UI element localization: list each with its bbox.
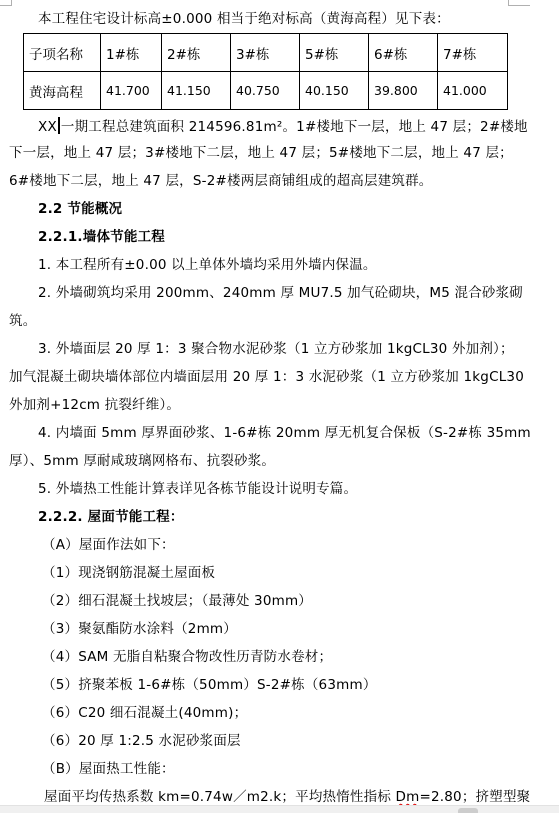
roof-layer-item: （6）C20 细石混凝土(40mm)；: [42, 704, 247, 722]
table-cell: 3#栋: [231, 34, 300, 72]
text-cursor: [58, 117, 60, 134]
elevation-table: 子项名称 1#栋 2#栋 3#栋 5#栋 6#栋 7#栋 黄海高程 41.700…: [23, 33, 508, 110]
table-cell: 41.150: [162, 72, 231, 110]
roof-layer-item: （4）SAM 无脂自粘聚合物改性历青防水卷材；: [42, 648, 332, 666]
overview-text: 一期工程总建筑面积 214596.81m²。1#楼地下一层，地上 47 层；2#…: [61, 119, 528, 135]
roof-thermal-heading: （B）屋面热工性能：: [42, 760, 175, 778]
roof-layer-item: （1）现浇钢筋混凝土屋面板: [42, 564, 215, 582]
intro-paragraph: 本工程住宅设计标高±0.000 相当于绝对标高（黄海高程）见下表：: [38, 10, 450, 28]
project-name-placeholder: XX: [38, 119, 57, 135]
table-cell: 子项名称: [24, 34, 101, 72]
wall-item-4-line-1: 4. 内墙面 5mm 厚界面砂浆、1-6#栋 20mm 厚无机复合保板（S-2#…: [38, 424, 531, 442]
table-cell: 39.800: [369, 72, 438, 110]
overview-paragraph-line-2: 下一层，地上 47 层；3#楼地下二层，地上 47 层；5#楼地下二层，地上 4…: [9, 144, 513, 162]
roof-thermal-text-end: =2.80；挤塑型聚: [419, 789, 530, 805]
wall-item-1: 1. 本工程所有±0.00 以上单体外墙均采用外墙内保温。: [38, 256, 377, 274]
roof-layer-item: （5）挤聚苯板 1-6#栋（50mm）S-2#栋（63mm）: [42, 676, 377, 694]
page-corner-mark-right: [508, 0, 530, 6]
roof-layer-item: （6）20 厚 1:2.5 水泥砂浆面层: [42, 732, 241, 750]
section-heading-2-2-2: 2.2.2. 屋面节能工程：: [38, 508, 184, 526]
table-cell: 40.750: [231, 72, 300, 110]
table-header-row: 子项名称 1#栋 2#栋 3#栋 5#栋 6#栋 7#栋: [24, 34, 508, 72]
roof-thermal-text-start: 屋面平均传热系数 km=0.74w／m2.k；平均热惰性指标: [44, 789, 396, 805]
table-cell: 黄海高程: [24, 72, 101, 110]
spelling-flag[interactable]: Dm: [396, 789, 420, 805]
wall-item-2-line-1: 2. 外墙砌筑均采用 200mm、240mm 厚 MU7.5 加气砼砌块，M5 …: [38, 284, 523, 302]
roof-thermal-text: 屋面平均传热系数 km=0.74w／m2.k；平均热惰性指标 Dm=2.80；挤…: [44, 788, 530, 806]
wall-item-3-line-3: 外加剂+12cm 抗裂纤维）。: [9, 396, 180, 414]
wall-item-3-line-1: 3. 外墙面层 20 厚 1：3 聚合物水泥砂浆（1 立方砂浆加 1kgCL30…: [38, 340, 514, 358]
table-cell: 40.150: [300, 72, 369, 110]
table-cell: 7#栋: [438, 34, 508, 72]
section-heading-2-2-1: 2.2.1.墙体节能工程: [38, 228, 165, 246]
overview-paragraph-line-1: XX一期工程总建筑面积 214596.81m²。1#楼地下一层，地上 47 层；…: [38, 117, 528, 136]
scrollbar-thumb[interactable]: [458, 808, 478, 813]
roof-method-heading: （A）屋面作法如下：: [42, 536, 175, 554]
horizontal-scrollbar[interactable]: [0, 805, 559, 813]
table-cell: 1#栋: [101, 34, 162, 72]
page-corner-mark-left: [0, 0, 12, 6]
roof-layer-item: （3）聚氨酯防水涂料（2mm）: [42, 620, 237, 638]
wall-item-4-line-2: 厚）、5mm 厚耐咸玻璃网格布、抗裂砂浆。: [9, 452, 275, 470]
table-cell: 41.700: [101, 72, 162, 110]
roof-layer-item: （2）细石混凝土找坡层；（最薄处 30mm）: [42, 592, 312, 610]
table-cell: 6#栋: [369, 34, 438, 72]
wall-item-2-line-2: 筑。: [9, 312, 36, 330]
table-row: 黄海高程 41.700 41.150 40.750 40.150 39.800 …: [24, 72, 508, 110]
section-heading-2-2: 2.2 节能概况: [38, 200, 122, 218]
table-cell: 41.000: [438, 72, 508, 110]
table-cell: 5#栋: [300, 34, 369, 72]
overview-paragraph-line-3: 6#楼地下二层，地上 47 层，S-2#楼两层商铺组成的超高层建筑群。: [9, 172, 433, 190]
table-cell: 2#栋: [162, 34, 231, 72]
wall-item-5: 5. 外墙热工性能计算表详见各栋节能设计说明专篇。: [38, 480, 357, 498]
wall-item-3-line-2: 加气混凝土砌块墙体部位内墙面层用 20 厚 1：3 水泥砂浆（1 立方砂浆加 1…: [9, 368, 524, 386]
